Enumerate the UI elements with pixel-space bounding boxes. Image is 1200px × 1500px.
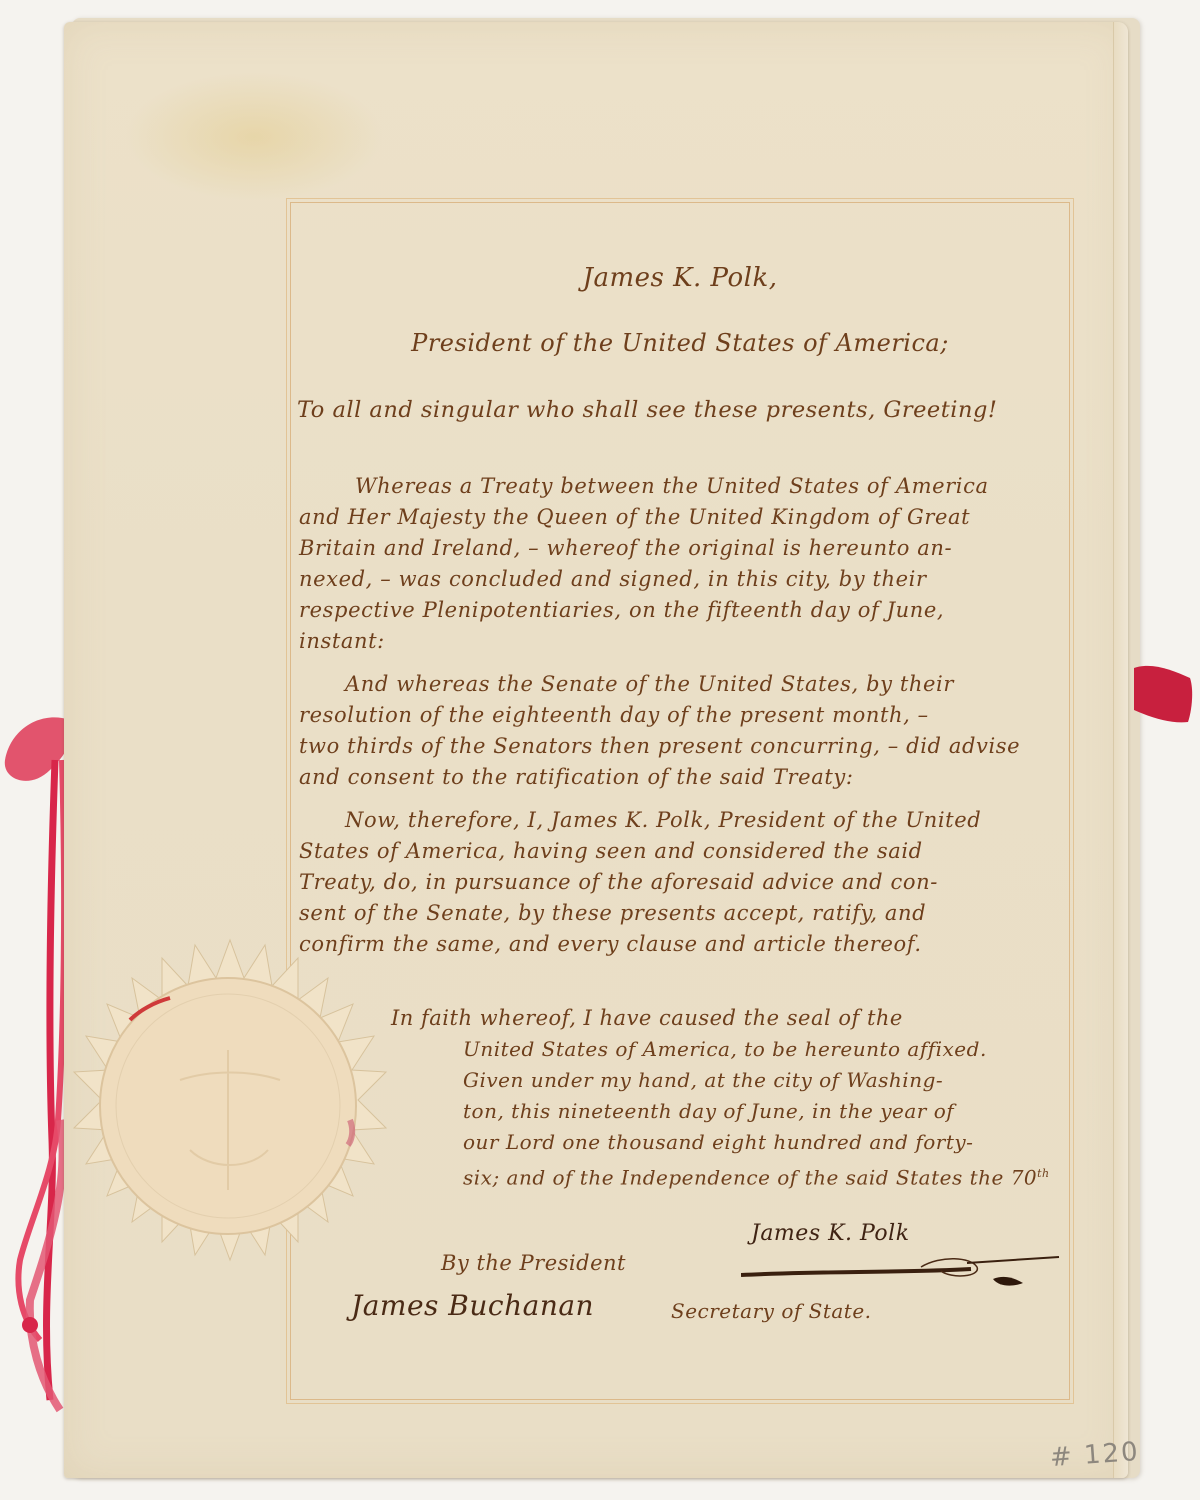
text-line: And whereas the Senate of the United Sta… [299,669,1063,700]
signature-buchanan: James Buchanan [351,1289,594,1322]
heading-president-name: James K. Polk, [291,263,1069,293]
text-line: nexed, – was concluded and signed, in th… [299,564,1063,595]
text-line: United States of America, to be hereunto… [391,1034,1071,1065]
text-line: Whereas a Treaty between the United Stat… [299,471,1063,502]
text-line: Now, therefore, I, James K. Polk, Presid… [299,805,1063,836]
page-edge [1113,22,1128,1478]
paragraph-whereas-treaty: Whereas a Treaty between the United Stat… [299,471,1063,657]
text-line-body: six; and of the Independence of the said… [463,1166,1037,1190]
document-scan: James K. Polk, President of the United S… [0,0,1200,1500]
ordinal-suffix: th [1037,1167,1050,1180]
text-line: respective Plenipotentiaries, on the fif… [299,595,1063,626]
text-line: Treaty, do, in pursuance of the aforesai… [299,867,1063,898]
paragraph-now-therefore: Now, therefore, I, James K. Polk, Presid… [299,805,1063,960]
text-line-final: six; and of the Independence of the said… [391,1158,1071,1189]
by-the-president: By the President [441,1251,626,1275]
text-line: In faith whereof, I have caused the seal… [391,1003,1071,1034]
heading-president-title: President of the United States of Americ… [291,329,1069,357]
paper-stain [124,72,384,202]
text-line: Given under my hand, at the city of Wash… [391,1065,1071,1096]
text-line: and Her Majesty the Queen of the United … [299,502,1063,533]
text-line: States of America, having seen and consi… [299,836,1063,867]
text-line: ton, this nineteenth day of June, in the… [391,1096,1071,1127]
red-ribbon-right [1132,660,1194,730]
text-line: Britain and Ireland, – whereof the origi… [299,533,1063,564]
text-line: confirm the same, and every clause and a… [299,929,1063,960]
attestation-clause: In faith whereof, I have caused the seal… [391,1003,1071,1189]
text-line: two thirds of the Senators then present … [299,731,1063,762]
ruled-border-frame: James K. Polk, President of the United S… [290,202,1070,1400]
secretary-of-state-title: Secretary of State. [671,1299,872,1323]
text-line: our Lord one thousand eight hundred and … [391,1127,1071,1158]
text-line: and consent to the ratification of the s… [299,762,1063,793]
greeting: To all and singular who shall see these … [297,397,997,423]
signature-flourish [741,1253,1061,1293]
embossed-seal-icon [60,930,400,1270]
signature-polk: James K. Polk [751,1221,910,1246]
paragraph-whereas-senate: And whereas the Senate of the United Sta… [299,669,1063,793]
catalog-number: # 120 [1049,1437,1141,1473]
text-line: resolution of the eighteenth day of the … [299,700,1063,731]
text-line: sent of the Senate, by these presents ac… [299,898,1063,929]
text-line: instant: [299,626,1063,657]
